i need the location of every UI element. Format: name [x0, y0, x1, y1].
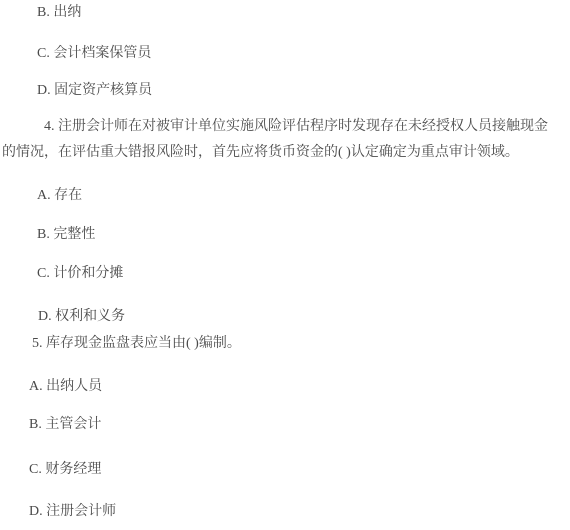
question-5-option-b: B. 主管会计 — [29, 415, 101, 435]
question-3-option-b: B. 出纳 — [37, 3, 81, 23]
question-4-option-c: C. 计价和分摊 — [37, 264, 123, 284]
question-3-option-c: C. 会计档案保管员 — [37, 44, 151, 64]
exam-document-page: B. 出纳 C. 会计档案保管员 D. 固定资产核算员 4. 注册会计师在对被审… — [0, 0, 570, 530]
question-5-stem: 5. 库存现金监盘表应当由( )编制。 — [32, 334, 241, 354]
question-5-option-a: A. 出纳人员 — [29, 377, 102, 397]
question-5-option-d: D. 注册会计师 — [29, 502, 116, 522]
question-4-option-a: A. 存在 — [37, 186, 82, 206]
question-3-option-d: D. 固定资产核算员 — [37, 81, 152, 101]
question-4-stem: 4. 注册会计师在对被审计单位实施风险评估程序时发现存在未经授权人员接触现金的情… — [2, 114, 558, 166]
question-4-option-d: D. 权利和义务 — [38, 307, 125, 327]
question-4-option-b: B. 完整性 — [37, 225, 95, 245]
question-5-option-c: C. 财务经理 — [29, 460, 101, 480]
